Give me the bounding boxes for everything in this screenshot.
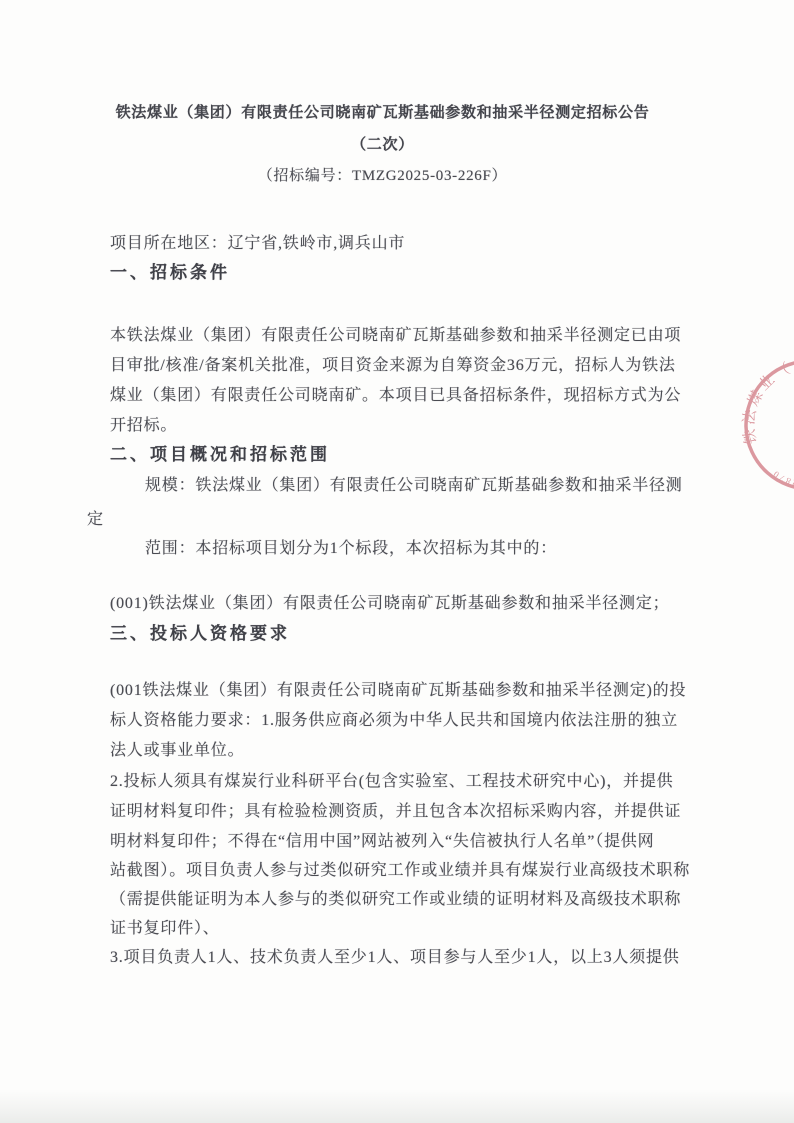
seal-star-icon [789, 402, 794, 445]
section3-req2-line: （需提供能证明为本人参与的类似研究工作或业绩的证明材料及高级技术职称 [110, 890, 681, 910]
svg-text:2112870: 2112870 [769, 464, 794, 496]
document-title-line2: （二次） [55, 135, 710, 155]
section3-req2-line: 明材料复印件；不得在“信用中国”网站被列入“失信被执行人名单”（提供网 [110, 832, 654, 852]
official-red-seal: 铁法煤业（集团）有限责任公司 2112870 [730, 325, 794, 525]
section1-paragraph-line: 本铁法煤业（集团）有限责任公司晓南矿瓦斯基础参数和抽采半径测定已由项 [110, 326, 681, 346]
section1-paragraph-line: 目审批/核准/备案机关批准，项目资金来源为自筹资金36万元，招标人为铁法 [110, 356, 676, 376]
section3-req1-line: (001铁法煤业（集团）有限责任公司晓南矿瓦斯基础参数和抽采半径测定)的投 [110, 681, 686, 701]
section1-paragraph-line: 煤业（集团）有限责任公司晓南矿。本项目已具备招标条件，现招标方式为公 [110, 386, 681, 406]
seal-serial-number: 2112870 [769, 464, 794, 496]
section3-heading: 三、投标人资格要求 [110, 624, 290, 644]
document-page: 铁法煤业（集团）有限责任公司晓南矿瓦斯基础参数和抽采半径测定招标公告 （二次） … [0, 0, 794, 1123]
tender-number-line: （招标编号：TMZG2025-03-226F） [55, 166, 710, 186]
section3-req2-line: 证书复印件）、 [110, 919, 220, 939]
section2-scope-line: 范围：本招标项目划分为1个标段，本次招标为其中的： [145, 539, 557, 559]
section3-req3-line: 3.项目负责人1人、技术负责人至少1人、项目参与人至少1人，以上3人须提供 [110, 948, 680, 968]
scan-edge-shadow [0, 1089, 794, 1123]
project-location-line: 项目所在地区：辽宁省,铁岭市,调兵山市 [110, 234, 405, 254]
section3-req1-line: 标人资格能力要求：1.服务供应商必须为中华人民共和国境内依法注册的独立 [110, 711, 678, 731]
section1-heading: 一、招标条件 [110, 263, 230, 283]
section2-lot-line: (001)铁法煤业（集团）有限责任公司晓南矿瓦斯基础参数和抽采半径测定； [110, 594, 669, 614]
section1-paragraph-line: 开招标。 [110, 416, 177, 436]
section2-heading: 二、项目概况和招标范围 [110, 445, 330, 465]
section3-req1-line: 法人或事业单位。 [110, 741, 244, 761]
document-title-line1: 铁法煤业（集团）有限责任公司晓南矿瓦斯基础参数和抽采半径测定招标公告 [55, 103, 710, 123]
section3-req2-line: 证明材料复印件；具有检验检测资质，并且包含本次招标采购内容，并提供证 [110, 802, 681, 822]
section2-scale-line-wrap: 定 [87, 510, 104, 530]
section3-req2-line: 2.投标人须具有煤炭行业科研平台(包含实验室、工程技术研究中心)，并提供 [110, 772, 673, 792]
section2-scale-line: 规模：铁法煤业（集团）有限责任公司晓南矿瓦斯基础参数和抽采半径测 [145, 476, 683, 496]
section3-req2-line: 站截图）。项目负责人参与过类似研究工作或业绩并具有煤炭行业高级技术职称 [110, 861, 690, 881]
